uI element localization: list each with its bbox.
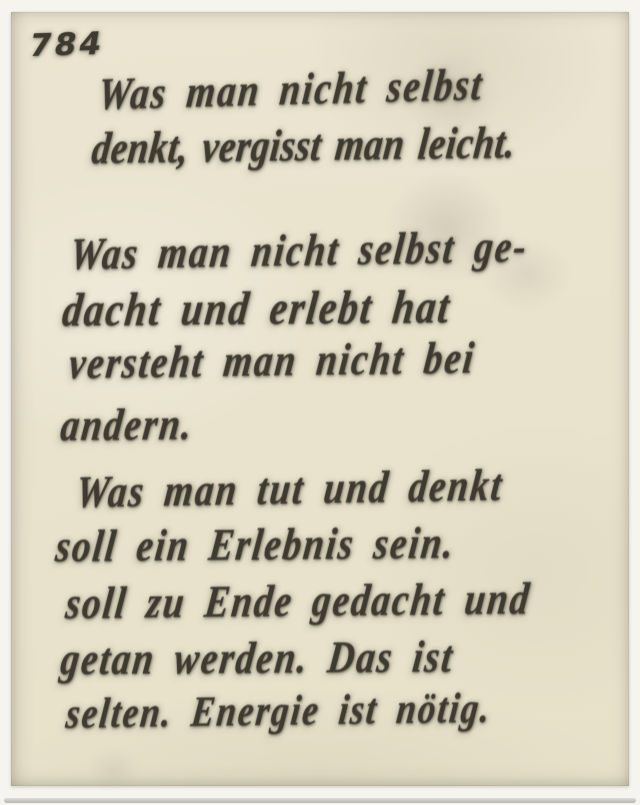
handwritten-line: selten. Energie ist nötig. (64, 684, 494, 739)
paper-sheet: 784 Was man nicht selbst denkt, vergisst… (11, 12, 629, 786)
handwritten-line: versteht man nicht bei (66, 332, 478, 390)
handwritten-line: Was man nicht selbst (96, 59, 486, 122)
handwritten-line: getan werden. Das ist (58, 631, 457, 686)
page-number: 784 (27, 25, 108, 64)
handwritten-line: Was man nicht selbst ge- (67, 221, 530, 282)
handwritten-line: denkt, vergisst man leicht. (89, 117, 518, 175)
scanned-notebook-page: 784 Was man nicht selbst denkt, vergisst… (0, 0, 640, 805)
handwritten-line: soll zu Ende gedacht und (63, 573, 533, 630)
handwritten-line: soll ein Erlebnis sein. (53, 518, 458, 574)
handwritten-line: Was man tut und denkt (73, 460, 505, 520)
scan-edge-shadow (4, 798, 636, 803)
handwritten-line: andern. (58, 399, 196, 453)
pencil-smudge (86, 747, 141, 792)
handwritten-line: dacht und erlebt hat (60, 280, 454, 338)
